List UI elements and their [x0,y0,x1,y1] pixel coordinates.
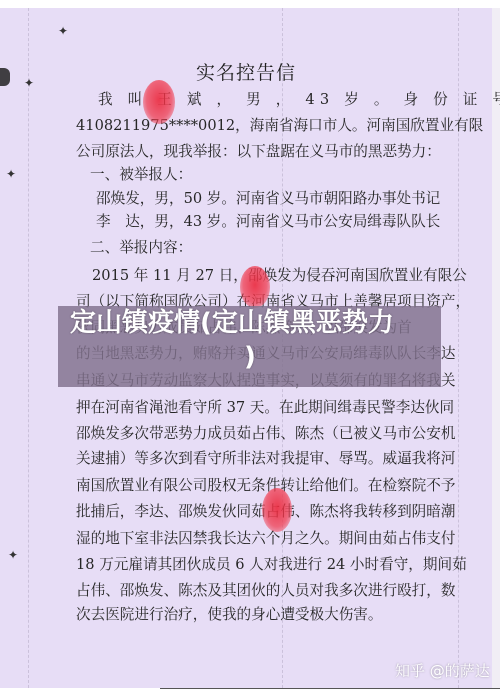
section-heading: 二、举报内容： [90,236,192,257]
letter-line: 公司原法人，现我举报：以下盘踞在义马市的黑恶势力： [76,140,441,161]
letter-title: 实名控告信 [0,58,492,85]
headline-text: 定山镇疫情(定山镇黑恶势力 [70,306,430,340]
letter-line: 关逮捕）等多次到看守所非法对我提审、辱骂。威逼我将河 [76,447,455,468]
fingerprint-stamp [143,80,175,124]
letter-line: 4108211975****0012，海南省海口市人。河南国欣置业有限 [76,114,483,135]
letter-line: 湿的地下室非法囚禁我长达六个月之久。期间由茹占伟支付 [76,527,455,548]
headline-text-continued: ) [70,340,430,374]
letter-line: 南国欣置业有限公司股权无条件转让给他们。在检察院不予 [76,474,455,495]
headline-overlay[interactable]: 定山镇疫情(定山镇黑恶势力 ) [70,306,430,374]
letter-line: 2015 年 11 月 27 日，邵焕发为侵吞河南国欣置业有限公 [92,264,467,285]
page-bottom-edge [160,688,500,693]
section-heading: 一、被举报人： [90,163,192,184]
letter-line: 占伟、邵焕发、陈杰及其团伙的人员对我多次进行殴打，数 [76,579,455,600]
letter-line: 押在河南省渑池看守所 37 天。在此期间缉毒民警李达伙同 [76,396,454,417]
letter-line: 18 万元雇请其团伙成员 6 人对我进行 24 小时看守，期间茹 [76,553,467,574]
punch-mark-icon: ✦ [8,548,18,562]
fingerprint-stamp [240,266,270,308]
punch-mark-icon: ✦ [58,24,68,38]
punch-mark-icon: ✦ [6,167,16,181]
fold-line [28,8,30,688]
zhihu-watermark: 知乎 @的萨达 [395,660,490,681]
letter-line: 李 达，男，43 岁。河南省义马市公安局缉毒队队长 [96,210,440,231]
letter-line: 邵焕发，男，50 岁。河南省义马市朝阳路办事处书记 [96,187,440,208]
page-edge [492,8,500,693]
letter-line: 邵焕发多次带恶势力成员茹占伟、陈杰（已被义马市公安机 [76,422,455,443]
fold-line [458,8,460,688]
letter-line: 次去医院进行治疗，使我的身心遭受极大伤害。 [76,603,382,624]
fingerprint-stamp [262,488,292,532]
